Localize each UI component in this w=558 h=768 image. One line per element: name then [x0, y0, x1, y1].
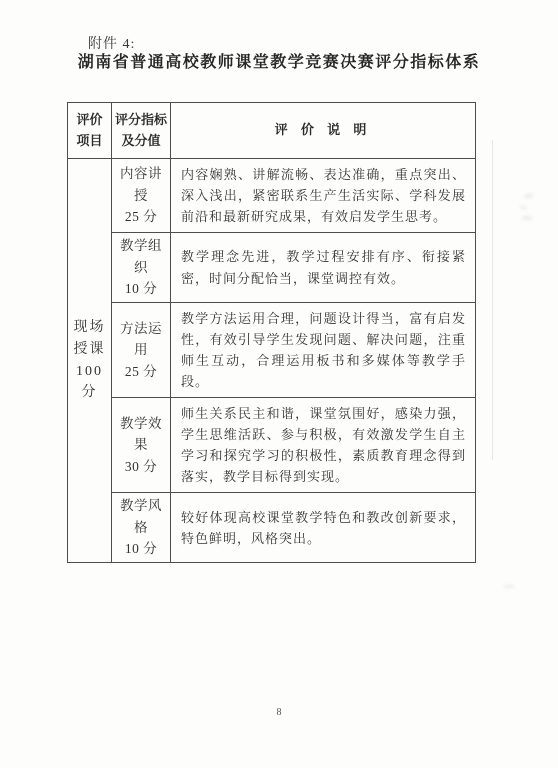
description-cell: 师生关系民主和谐，课堂氛围好，感染力强，学生思维活跃、参与积极，有效激发学生自主… [171, 398, 476, 493]
indicator-name: 教学效果 [115, 413, 167, 456]
indicator-name: 教学风格 [115, 495, 167, 538]
scan-artifact [492, 140, 493, 460]
indicator-score: 25 分 [115, 206, 167, 228]
indicator-score: 10 分 [115, 278, 167, 300]
scan-artifact [504, 585, 514, 588]
table-header-row: 评价 项目 评分指标 及分值 评 价 说 明 [68, 103, 476, 159]
page-title: 湖南省普通高校教师课堂教学竞赛决赛评分指标体系 [0, 49, 558, 72]
header-description: 评 价 说 明 [171, 103, 476, 159]
scan-artifact [522, 216, 532, 220]
indicator-cell: 教学效果 30 分 [112, 398, 171, 493]
table-row: 现场授课 100 分 内容讲授 25 分 内容娴熟、讲解流畅、表达准确，重点突出… [68, 159, 476, 233]
table-row: 教学效果 30 分 师生关系民主和谐，课堂氛围好，感染力强，学生思维活跃、参与积… [68, 398, 476, 493]
table-row: 教学风格 10 分 较好体现高校课堂教学特色和教改创新要求，特色鲜明，风格突出。 [68, 493, 476, 563]
indicator-cell: 方法运用 25 分 [112, 302, 171, 397]
indicator-cell: 教学组织 10 分 [112, 233, 171, 303]
description-cell: 较好体现高校课堂教学特色和教改创新要求，特色鲜明，风格突出。 [171, 493, 476, 563]
indicator-score: 30 分 [115, 456, 167, 478]
indicator-cell: 内容讲授 25 分 [112, 159, 171, 233]
scoring-table: 评价 项目 评分指标 及分值 评 价 说 明 现场授课 100 分 内容讲授 2… [67, 102, 476, 563]
description-cell: 教学方法运用合理，问题设计得当，富有启发性，有效引导学生发现问题、解决问题，注重… [171, 302, 476, 397]
description-cell: 内容娴熟、讲解流畅、表达准确，重点突出、深入浅出，紧密联系生产生活实际、学科发展… [171, 159, 476, 233]
scan-artifact [520, 205, 528, 211]
page-number: 8 [277, 707, 282, 718]
category-cell: 现场授课 100 分 [68, 159, 112, 563]
header-indicator: 评分指标 及分值 [112, 103, 171, 159]
indicator-cell: 教学风格 10 分 [112, 493, 171, 563]
indicator-name: 内容讲授 [115, 163, 167, 206]
description-cell: 教学理念先进，教学过程安排有序、衔接紧密，时间分配恰当，课堂调控有效。 [171, 233, 476, 303]
header-project: 评价 项目 [68, 103, 112, 159]
scan-artifact [524, 193, 534, 199]
category-score: 100 分 [73, 361, 106, 404]
table-row: 方法运用 25 分 教学方法运用合理，问题设计得当，富有启发性，有效引导学生发现… [68, 302, 476, 397]
table-row: 教学组织 10 分 教学理念先进，教学过程安排有序、衔接紧密，时间分配恰当，课堂… [68, 233, 476, 303]
category-name: 现场授课 [73, 317, 106, 360]
indicator-score: 25 分 [115, 361, 167, 383]
document-page: 附件 4: 湖南省普通高校教师课堂教学竞赛决赛评分指标体系 评价 项目 评分指标… [0, 0, 558, 768]
indicator-name: 方法运用 [115, 318, 167, 361]
indicator-score: 10 分 [115, 538, 167, 560]
indicator-name: 教学组织 [115, 235, 167, 278]
